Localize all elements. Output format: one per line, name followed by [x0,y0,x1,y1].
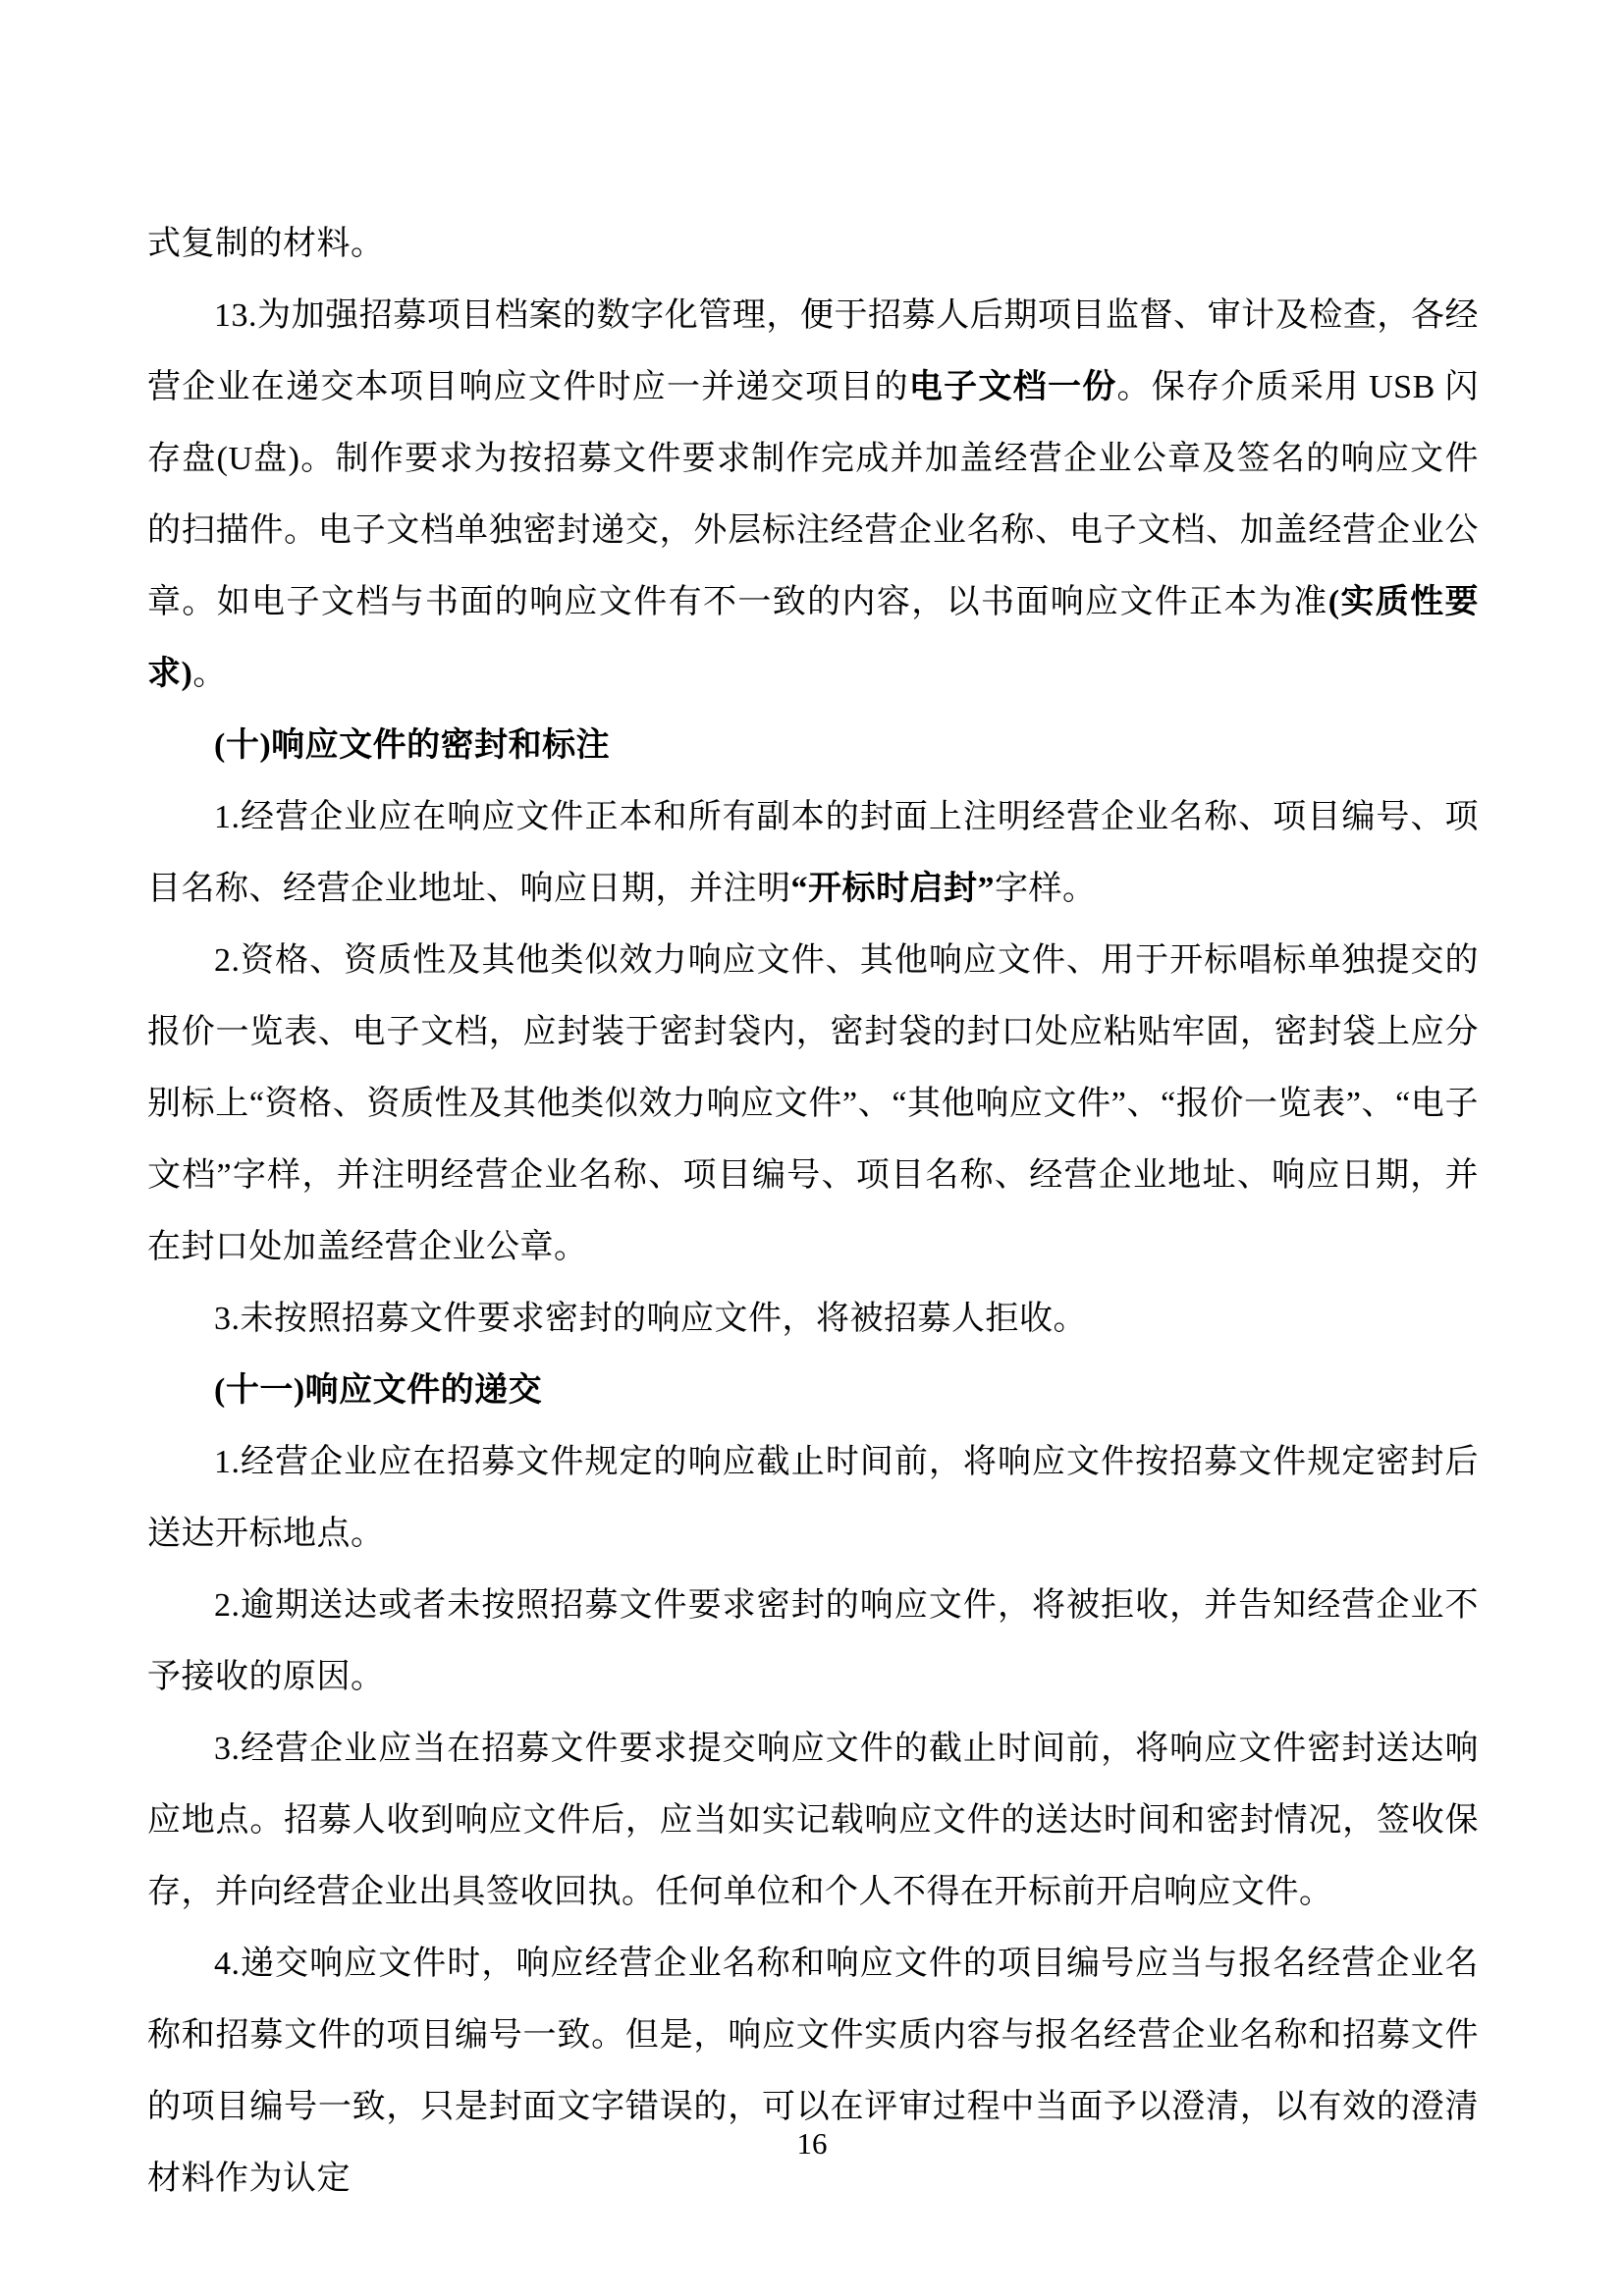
page-footer: 16 [0,2126,1624,2162]
paragraph: 3.经营企业应当在招募文件要求提交响应文件的截止时间前，将响应文件密封送达响应地… [147,1713,1479,1928]
text-run: 。 [192,656,227,692]
paragraph: 1.经营企业应在响应文件正本和所有副本的封面上注明经营企业名称、项目编号、项目名… [147,781,1479,925]
paragraph: 4.递交响应文件时，响应经营企业名称和响应文件的项目编号应当与报名经营企业名称和… [147,1928,1479,2215]
text-run: 。保存介质采用 USB 闪存盘(U盘)。制作要求为按招募文件要求制作完成并加盖经… [147,369,1479,620]
paragraph: 式复制的材料。 [147,208,1479,280]
paragraph: 2.资格、资质性及其他类似效力响应文件、其他响应文件、用于开标唱标单独提交的报价… [147,925,1479,1283]
document-body-text: 式复制的材料。 13.为加强招募项目档案的数字化管理，便于招募人后期项目监督、审… [147,208,1479,2215]
bold-text-run: “开标时启封” [791,871,996,907]
paragraph: 13.为加强招募项目档案的数字化管理，便于招募人后期项目监督、审计及检查，各经营… [147,280,1479,710]
paragraph: 1.经营企业应在招募文件规定的响应截止时间前，将响应文件按招募文件规定密封后送达… [147,1426,1479,1570]
text-run: 字样。 [995,871,1097,907]
paragraph: 2.逾期送达或者未按照招募文件要求密封的响应文件，将被拒收，并告知经营企业不予接… [147,1570,1479,1713]
document-page: 式复制的材料。 13.为加强招募项目档案的数字化管理，便于招募人后期项目监督、审… [0,0,1624,2296]
text-run: 3.经营企业应当在招募文件要求提交响应文件的截止时间前，将响应文件密封送达响应地… [147,1731,1479,1910]
page-number: 16 [797,2126,828,2161]
text-run: 式复制的材料。 [147,226,385,262]
section-heading: (十)响应文件的密封和标注 [147,710,1479,781]
heading-text-run: (十一)响应文件的递交 [214,1372,542,1409]
text-run: 2.逾期送达或者未按照招募文件要求密封的响应文件，将被拒收，并告知经营企业不予接… [147,1587,1479,1695]
text-run: 1.经营企业应在招募文件规定的响应截止时间前，将响应文件按招募文件规定密封后送达… [147,1444,1479,1552]
text-run: 2.资格、资质性及其他类似效力响应文件、其他响应文件、用于开标唱标单独提交的报价… [147,942,1479,1265]
section-heading: (十一)响应文件的递交 [147,1355,1479,1426]
heading-text-run: (十)响应文件的密封和标注 [214,727,610,764]
text-run: 3.未按照招募文件要求密封的响应文件，将被招募人拒收。 [214,1301,1087,1337]
paragraph: 3.未按照招募文件要求密封的响应文件，将被招募人拒收。 [147,1283,1479,1355]
bold-text-run: 电子文档一份 [909,369,1117,405]
